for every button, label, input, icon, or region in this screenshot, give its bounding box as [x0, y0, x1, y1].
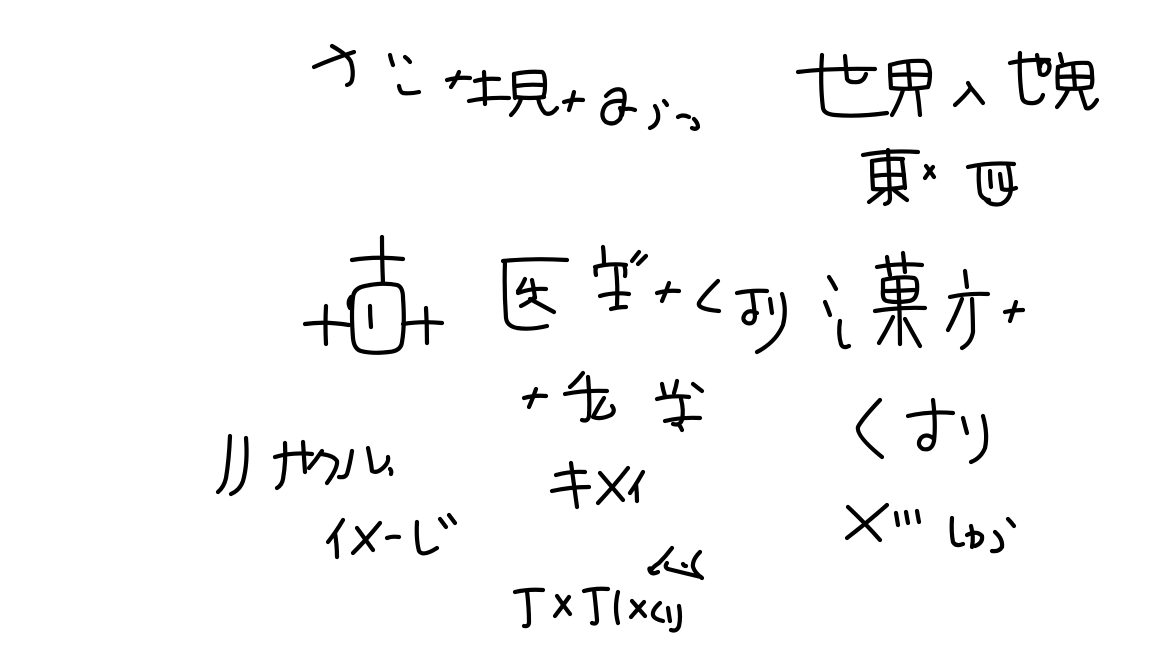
- phrase-meishou: [847, 505, 1014, 551]
- phrase-kusuri-right: [858, 400, 986, 462]
- phrase-east-west: [863, 150, 1016, 205]
- drawing-canvas[interactable]: [0, 0, 1152, 648]
- phrase-risakuru: [218, 436, 391, 494]
- phrase-kanpo: [825, 253, 1023, 348]
- phrase-igaku-kusuri: [503, 247, 785, 352]
- phrase-shigaku: [524, 373, 702, 430]
- scribble-mark: [649, 548, 702, 578]
- phrase-txt-mekuri: [515, 589, 680, 631]
- phrase-sekai-sekai: [798, 53, 1097, 116]
- ink-strokes: [0, 0, 1152, 648]
- phrase-kimei: [552, 463, 643, 507]
- phrase-imeji: [328, 515, 455, 557]
- phrase-top-left: [314, 46, 698, 129]
- node-diagram: [305, 237, 442, 353]
